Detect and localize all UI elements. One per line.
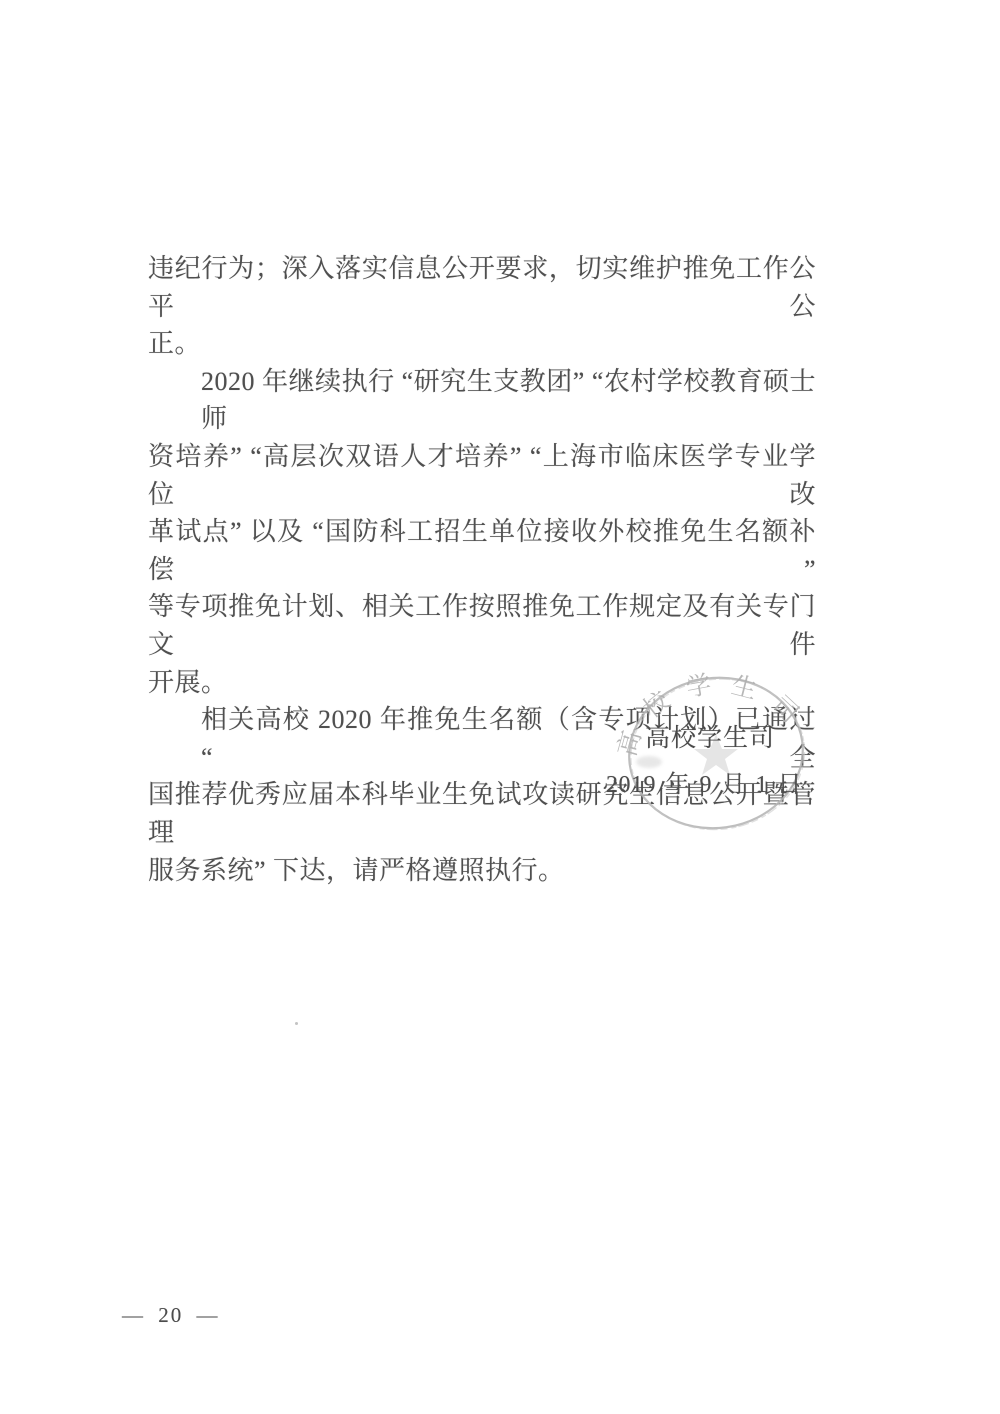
text-line: 服务系统” 下达，请严格遵照执行。 xyxy=(148,852,816,890)
text-line: 违纪行为；深入落实信息公开要求，切实维护推免工作公平公 xyxy=(148,250,816,325)
text-line: 正。 xyxy=(148,325,816,363)
text-line: 资培养” “高层次双语人才培养” “上海市临床医学专业学位改 xyxy=(148,438,816,513)
text-line: 2020 年继续执行 “研究生支教团” “农村学校教育硕士师 xyxy=(148,363,816,438)
signature-department: 高校学生司 xyxy=(645,718,775,754)
page-number: — 20 — xyxy=(122,1303,220,1328)
official-seal: 高校学生司 xyxy=(616,660,826,850)
scan-speck xyxy=(295,1022,298,1025)
document-page: 违纪行为；深入落实信息公开要求，切实维护推免工作公平公正。2020 年继续执行 … xyxy=(0,0,1000,1414)
text-line: 等专项推免计划、相关工作按照推免工作规定及有关专门文件 xyxy=(148,588,816,663)
text-line: 革试点” 以及 “国防科工招生单位接收外校推免生名额补偿” xyxy=(148,513,816,588)
signature-date: 2019 年 9 月 1 日 xyxy=(606,764,802,799)
